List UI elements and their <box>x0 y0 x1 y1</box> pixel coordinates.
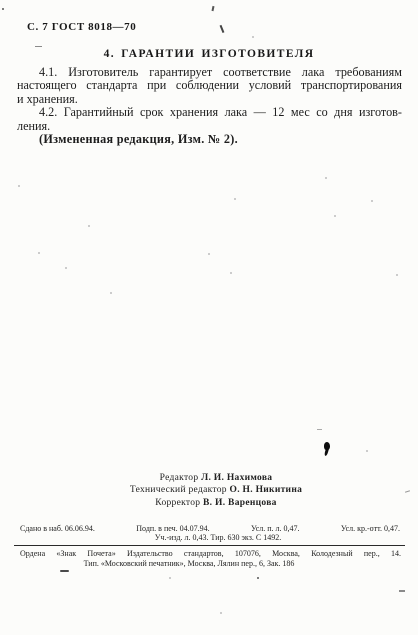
scan-dash-mark <box>35 46 42 47</box>
imprint-print-date: Подп. в печ. 04.07.94. <box>136 524 209 533</box>
paragraph-4-1-line: и хранения. <box>17 93 402 106</box>
credit-role: Технический редактор <box>130 485 227 495</box>
scan-dash-mark <box>399 590 405 592</box>
paragraph-4-2-line: ления. <box>17 120 402 133</box>
scan-speck <box>38 252 40 254</box>
scan-speck <box>169 577 171 579</box>
scan-speck <box>252 36 254 38</box>
publisher-address: Ордена «Знак Почета» Издательство станда… <box>20 549 401 558</box>
credit-role: Корректор <box>155 498 200 508</box>
scan-speck <box>18 185 20 187</box>
ink-blot-tail <box>324 448 329 457</box>
credit-role: Редактор <box>160 473 199 483</box>
scan-speck <box>88 225 90 227</box>
scan-speck <box>230 272 232 274</box>
credit-proofreader: Корректор В. И. Варенцова <box>14 497 418 509</box>
document-body: 4.1. Изготовитель гарантирует соответств… <box>17 66 402 146</box>
credit-name: В. И. Варенцова <box>203 498 277 508</box>
scan-speck <box>366 450 368 452</box>
credit-name: О. Н. Никитина <box>230 485 303 495</box>
scan-smudge <box>60 570 69 572</box>
printer-address: Тип. «Московский печатник», Москва, Ляли… <box>0 559 418 568</box>
imprint-ink-impressions: Усл. кр.-отт. 0,47. <box>341 524 400 533</box>
page-header-gost-number: С. 7 ГОСТ 8018—70 <box>27 21 136 33</box>
amendment-note: (Измененная редакция, Изм. № 2). <box>17 133 402 146</box>
scan-speck <box>396 274 398 276</box>
scan-speck <box>234 198 236 200</box>
scan-tick-mark <box>211 6 214 11</box>
scan-dash-mark <box>317 429 322 430</box>
scan-speck <box>334 215 336 217</box>
credit-name: Л. И. Нахимова <box>201 473 272 483</box>
scan-speck <box>220 612 222 614</box>
imprint-print-data: Сдано в наб. 06.06.94. Подп. в печ. 04.0… <box>20 524 400 533</box>
paragraph-4-1-line: 4.1. Изготовитель гарантирует соответств… <box>17 66 402 79</box>
imprint-divider-rule <box>14 545 405 546</box>
scanned-document-page: С. 7 ГОСТ 8018—70 4. ГАРАНТИИ ИЗГОТОВИТЕ… <box>0 0 418 635</box>
credit-editor: Редактор Л. И. Нахимова <box>14 472 418 484</box>
scan-speck <box>208 253 210 255</box>
credit-technical-editor: Технический редактор О. Н. Никитина <box>14 484 418 496</box>
credits-block: Редактор Л. И. Нахимова Технический реда… <box>0 472 418 509</box>
paragraph-4-2-line: 4.2. Гарантийный срок хранения лака — 12… <box>17 106 402 119</box>
scan-speck <box>371 200 373 202</box>
scan-tick-mark <box>220 25 224 33</box>
paragraph-4-1-line: настоящего стандарта при соблюдении усло… <box>17 79 402 92</box>
imprint-typesetting-date: Сдано в наб. 06.06.94. <box>20 524 95 533</box>
scan-speck <box>110 292 112 294</box>
imprint-edition-data: Уч.-изд. л. 0,43. Тир. 630 экз. С 1492. <box>0 533 418 542</box>
scan-speck <box>2 8 4 10</box>
section-title: 4. ГАРАНТИИ ИЗГОТОВИТЕЛЯ <box>0 48 418 60</box>
scan-speck <box>325 177 327 179</box>
scan-speck <box>65 267 67 269</box>
ink-blot <box>324 442 330 450</box>
scan-speck <box>257 577 259 579</box>
imprint-printed-sheets: Усл. п. л. 0,47. <box>251 524 300 533</box>
